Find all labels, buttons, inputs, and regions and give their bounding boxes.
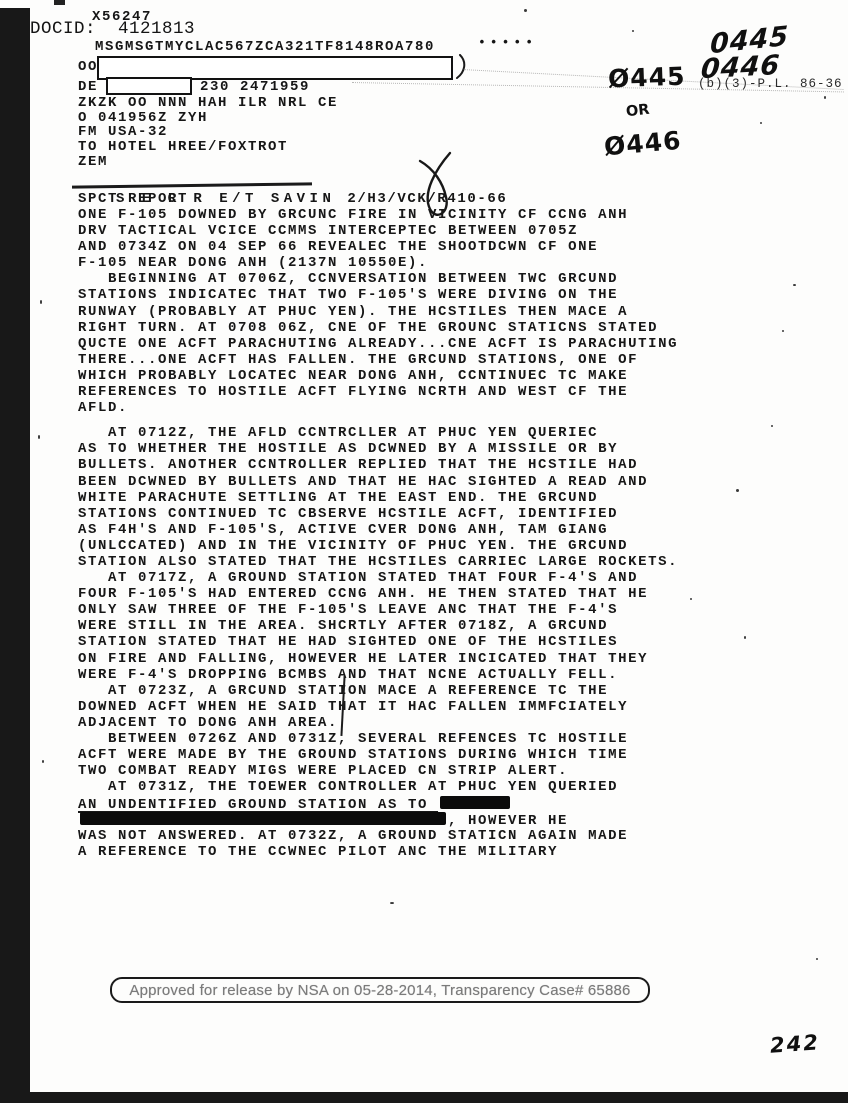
body-line: DOWNED ACFT WHEN HE SAID THAT IT HAC FAL…: [78, 699, 678, 715]
docid-number: 4121813: [118, 19, 195, 39]
body-line: STATIONS INDICATEC THAT TWO F-105'S WERE…: [78, 287, 678, 303]
body-line-text: AND 0734Z ON 04 SEP 66 REVEALEC THE SHOO…: [78, 239, 598, 255]
scan-speck: [632, 30, 634, 32]
body-line: BULLETS. ANOTHER CCNTROLLER REPLIED THAT…: [78, 457, 678, 473]
to-line: TO HOTEL HREE/FOXTROT: [78, 139, 288, 155]
body-line: F-105 NEAR DONG ANH (2137N 10550E).: [78, 255, 678, 271]
security-dots: •••••: [478, 35, 537, 51]
scan-speck: [771, 425, 773, 427]
body-line: ONLY SAW THREE OF THE F-105'S LEAVE ANC …: [78, 602, 678, 618]
body-line-text: DOWNED ACFT WHEN HE SAID THAT IT HAC FAL…: [78, 699, 628, 715]
handwritten-page-number: 242: [769, 1030, 820, 1057]
body-line-text: RIGHT TURN. AT 0708 06Z, CNE OF THE GROU…: [78, 320, 658, 336]
docid-line: DOCID: 4121813: [30, 19, 195, 39]
scan-speck: [524, 9, 527, 12]
body-line: BETWEEN 0726Z AND 0731Z, SEVERAL REFENCE…: [78, 731, 678, 747]
body-line-text: TWO COMBAT READY MIGS WERE PLACED CN STR…: [78, 763, 568, 779]
body-line-text: REFERENCES TO HOSTILE ACFT FLYING NCRTH …: [78, 384, 628, 400]
body-text: ONE F-105 DOWNED BY GRCUNC FIRE IN VICIN…: [78, 207, 678, 860]
film-edge-left: [0, 8, 30, 1103]
body-line: DRV TACTICAL VCICE CCMMS INTERCEPTEC BET…: [78, 223, 678, 239]
body-line-text: AS F4H'S AND F-105'S, ACTIVE CVER DONG A…: [78, 522, 608, 538]
body-line: AN UNDENTIFIED GROUND STATION AS TO: [78, 795, 678, 811]
body-line-text: STATIONS CONTINUED TC CBSERVE HCSTILE AC…: [78, 506, 618, 522]
body-line: THERE...ONE ACFT HAS FALLEN. THE GRCUND …: [78, 352, 678, 368]
zem-line: ZEM: [78, 154, 108, 170]
body-line-text: STATION ALSO STATED THAT THE HCSTILES CA…: [78, 554, 678, 570]
body-line: AND 0734Z ON 04 SEP 66 REVEALEC THE SHOO…: [78, 239, 678, 255]
body-line: WHICH PROBABLY LOCATEC NEAR DONG ANH, CC…: [78, 368, 678, 384]
body-line-text: WERE F-4'S DROPPING BCMBS AND THAT NCNE …: [78, 667, 618, 683]
body-line-text: WERE STILL IN THE AREA. SHCRTLY AFTER 07…: [78, 618, 608, 634]
body-line: A REFERENCE TO THE CCWNEC PILOT ANC THE …: [78, 844, 678, 860]
body-line-text: FOUR F-105'S HAD ENTERED CCNG ANH. HE TH…: [78, 586, 648, 602]
body-line-text: F-105 NEAR DONG ANH (2137N 10550E).: [78, 255, 428, 271]
body-line: WAS NOT ANSWERED. AT 0732Z, A GROUND STA…: [78, 828, 678, 844]
body-line-text: STATIONS INDICATEC THAT TWO F-105'S WERE…: [78, 287, 618, 303]
from-line: FM USA-32: [78, 124, 168, 140]
body-line: STATION STATED THAT HE HAD SIGHTED ONE O…: [78, 634, 678, 650]
body-line: REFERENCES TO HOSTILE ACFT FLYING NCRTH …: [78, 384, 678, 400]
marker-number-0446: Ø446: [603, 126, 683, 162]
body-line: AT 0723Z, A GRCUND STATION MACE A REFERE…: [78, 683, 678, 699]
body-line: STATION ALSO STATED THAT THE HCSTILES CA…: [78, 554, 678, 570]
body-line-text: RUNWAY (PROBABLY AT PHUC YEN). THE HCSTI…: [78, 304, 628, 320]
body-line-text: (UNLCCATED) AND IN THE VICINITY OF PHUC …: [78, 538, 628, 554]
redaction-bar: [80, 812, 446, 825]
body-line: AS F4H'S AND F-105'S, ACTIVE CVER DONG A…: [78, 522, 678, 538]
scan-speck: [824, 96, 826, 99]
body-line-text: ADJACENT TO DONG ANH AREA.: [78, 715, 338, 731]
body-line-text: ONE F-105 DOWNED BY GRCUNC FIRE IN VICIN…: [78, 207, 628, 223]
body-line: ONE F-105 DOWNED BY GRCUNC FIRE IN VICIN…: [78, 207, 678, 223]
body-line: RUNWAY (PROBABLY AT PHUC YEN). THE HCSTI…: [78, 304, 678, 320]
body-line: (UNLCCATED) AND IN THE VICINITY OF PHUC …: [78, 538, 678, 554]
release-stamp: Approved for release by NSA on 05-28-201…: [110, 977, 650, 1003]
body-line: BEEN DCWNED BY BULLETS AND THAT HE HAC S…: [78, 474, 678, 490]
scan-speck: [782, 330, 784, 332]
scan-speck: [42, 760, 44, 763]
body-line: ON FIRE AND FALLING, HOWEVER HE LATER IN…: [78, 651, 678, 667]
body-line-text: AFLD.: [78, 400, 128, 416]
scan-speck: [390, 902, 394, 904]
de-label: DE: [78, 79, 98, 95]
scan-speck: [690, 598, 692, 600]
body-line-text: ACFT WERE MADE BY THE GROUND STATIONS DU…: [78, 747, 628, 763]
scan-speck: [40, 300, 42, 304]
document-scan: X56247 DOCID: 4121813 MSGMSGTMYCLAC567ZC…: [0, 0, 848, 1103]
body-line-text: BEEN DCWNED BY BULLETS AND THAT HE HAC S…: [78, 474, 648, 490]
scan-speck: [816, 958, 818, 960]
film-edge-bottom: [0, 1092, 848, 1103]
redaction-box-de: [106, 77, 192, 95]
scan-speck: [38, 435, 40, 439]
marker-or: OR: [625, 102, 650, 120]
body-line-text: BETWEEN 0726Z AND 0731Z, SEVERAL REFENCE…: [78, 731, 628, 747]
body-line-text: DRV TACTICAL VCICE CCMMS INTERCEPTEC BET…: [78, 223, 578, 239]
body-line-text: ON FIRE AND FALLING, HOWEVER HE LATER IN…: [78, 651, 648, 667]
body-line-text: AT 0731Z, THE TOEWER CONTROLLER AT PHUC …: [78, 779, 618, 795]
scan-speck: [744, 636, 746, 639]
routing-line: ZKZK OO NNN HAH ILR NRL CE: [78, 95, 338, 111]
body-line: WHITE PARACHUTE SETTLING AT THE EAST END…: [78, 490, 678, 506]
body-line-text: A REFERENCE TO THE CCWNEC PILOT ANC THE …: [78, 844, 558, 860]
scan-speck: [736, 489, 739, 492]
docid-label: DOCID:: [30, 19, 96, 39]
body-line-text: THERE...ONE ACFT HAS FALLEN. THE GRCUND …: [78, 352, 638, 368]
body-line-text: WHICH PROBABLY LOCATEC NEAR DONG ANH, CC…: [78, 368, 628, 384]
body-line: TWO COMBAT READY MIGS WERE PLACED CN STR…: [78, 763, 678, 779]
body-line: , HOWEVER HE: [78, 811, 678, 827]
body-line: RIGHT TURN. AT 0708 06Z, CNE OF THE GROU…: [78, 320, 678, 336]
body-line: WERE F-4'S DROPPING BCMBS AND THAT NCNE …: [78, 667, 678, 683]
body-line-text: AS TO WHETHER THE HOSTILE AS DCWNED BY A…: [78, 441, 618, 457]
body-line-text: AT 0712Z, THE AFLD CCNTRCLLER AT PHUC YE…: [78, 425, 598, 441]
release-stamp-text: Approved for release by NSA on 05-28-201…: [129, 982, 630, 999]
scan-speck: [793, 284, 796, 286]
exemption-note: (b)(3)-P.L. 86-36: [698, 77, 843, 91]
oo-label: OO: [78, 59, 98, 75]
body-line: STATIONS CONTINUED TC CBSERVE HCSTILE AC…: [78, 506, 678, 522]
body-line-text: WHITE PARACHUTE SETTLING AT THE EAST END…: [78, 490, 598, 506]
scan-speck: [760, 122, 762, 124]
redaction-bar: [440, 796, 510, 809]
body-line-text: WAS NOT ANSWERED. AT 0732Z, A GROUND STA…: [78, 828, 628, 844]
de-timestamp: 230 2471959: [200, 79, 310, 95]
body-line-text: STATION STATED THAT HE HAD SIGHTED ONE O…: [78, 634, 618, 650]
body-line-text: ONLY SAW THREE OF THE F-105'S LEAVE ANC …: [78, 602, 618, 618]
film-notch: [54, 0, 65, 5]
body-line-text: QUCTE ONE ACFT PARACHUTING ALREADY...CNE…: [78, 336, 678, 352]
body-line: AT 0717Z, A GROUND STATION STATED THAT F…: [78, 570, 678, 586]
body-line: ACFT WERE MADE BY THE GROUND STATIONS DU…: [78, 747, 678, 763]
pen-curve-mark: [455, 54, 473, 80]
body-line: BEGINNING AT 0706Z, CCNVERSATION BETWEEN…: [78, 271, 678, 287]
body-line: AT 0731Z, THE TOEWER CONTROLLER AT PHUC …: [78, 779, 678, 795]
body-line: ADJACENT TO DONG ANH AREA.: [78, 715, 678, 731]
body-line-text: BEGINNING AT 0706Z, CCNVERSATION BETWEEN…: [78, 271, 618, 287]
body-line: AFLD.: [78, 400, 678, 416]
body-line: WERE STILL IN THE AREA. SHCRTLY AFTER 07…: [78, 618, 678, 634]
body-line: AT 0712Z, THE AFLD CCNTRCLLER AT PHUC YE…: [78, 425, 678, 441]
marker-number-0445: Ø445: [608, 62, 686, 94]
message-header-line: MSGMSGTMYCLAC567ZCA321TF8148ROA780: [95, 39, 435, 55]
body-line: QUCTE ONE ACFT PARACHUTING ALREADY...CNE…: [78, 336, 678, 352]
body-line-text: AT 0717Z, A GROUND STATION STATED THAT F…: [78, 570, 638, 586]
body-line: AS TO WHETHER THE HOSTILE AS DCWNED BY A…: [78, 441, 678, 457]
body-line: FOUR F-105'S HAD ENTERED CCNG ANH. HE TH…: [78, 586, 678, 602]
report-type: SPCT REPORT: [78, 191, 188, 207]
body-line-text: BULLETS. ANOTHER CCNTROLLER REPLIED THAT…: [78, 457, 638, 473]
